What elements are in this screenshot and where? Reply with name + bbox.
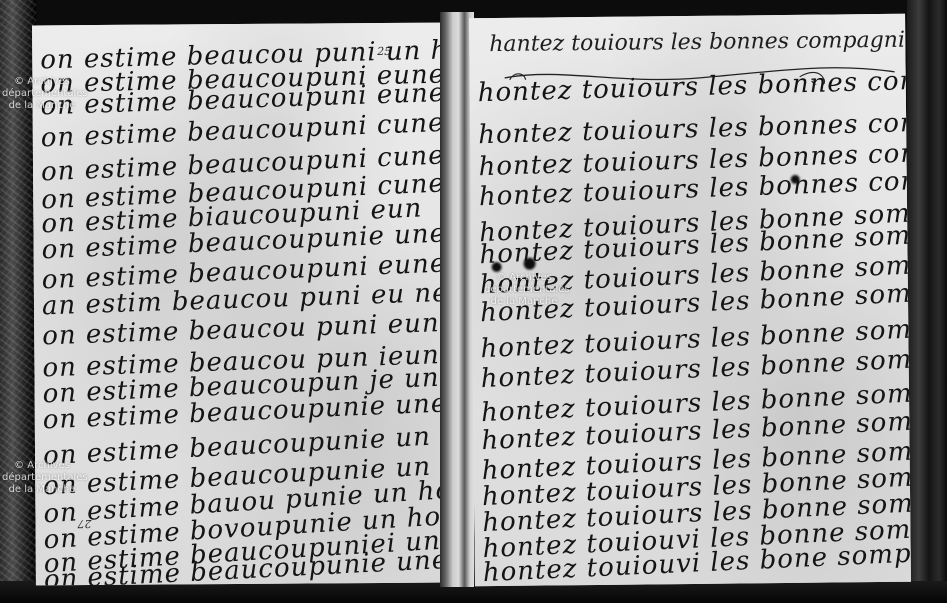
left-page: 25 27 on estime beaucou puni un homme on… bbox=[32, 23, 448, 586]
right-page-lines: hontez touiours les bonnes compagnie hon… bbox=[469, 14, 911, 587]
right-page: hantez touiours les bonnes compagnies ho… bbox=[469, 14, 911, 587]
book-cover-right bbox=[907, 0, 947, 603]
manuscript-spread: 25 27 on estime beaucou puni un homme on… bbox=[0, 0, 947, 603]
left-page-lines: on estime beaucou puni un homme on estim… bbox=[32, 23, 448, 586]
handwritten-line: hontez touiours les bonnes compagnie bbox=[477, 63, 911, 108]
book-cover-left bbox=[0, 0, 36, 603]
